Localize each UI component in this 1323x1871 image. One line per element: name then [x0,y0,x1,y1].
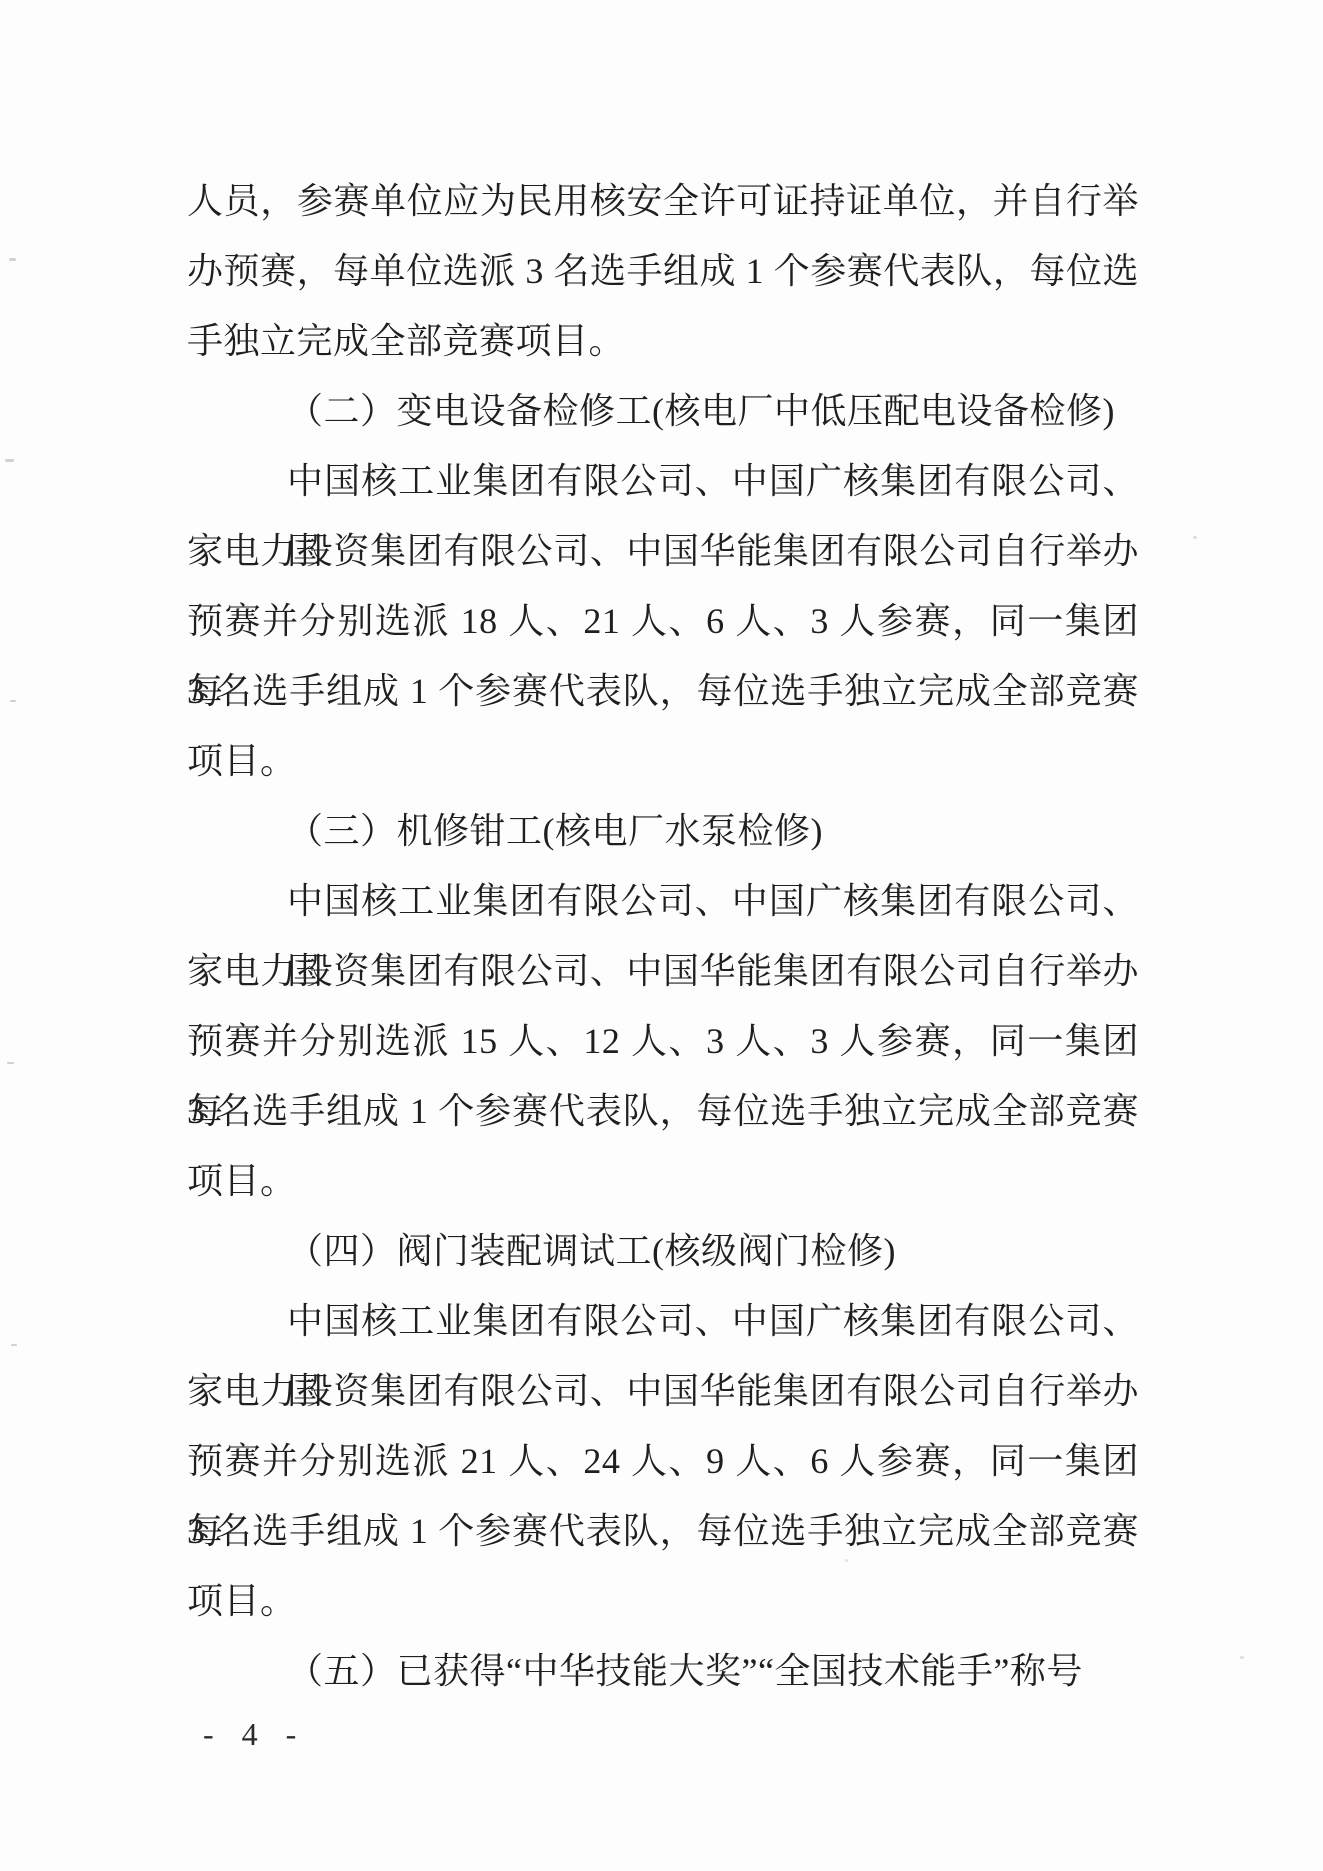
scan-artifact [10,700,16,702]
doc-line: 人员，参赛单位应为民用核安全许可证持证单位，并自行举 [187,166,1139,236]
doc-line: 手独立完成全部竞赛项目。 [187,306,1139,376]
page-number: - 4 - [203,1716,303,1753]
scan-artifact [845,1559,848,1562]
doc-line: 3 名选手组成 1 个参赛代表队，每位选手独立完成全部竞赛 [187,1076,1139,1146]
doc-line: 项目。 [187,726,1139,796]
scan-artifact [11,1344,17,1346]
section-heading-5: （五）已获得“中华技能大奖”“全国技术能手”称号 [187,1636,1139,1706]
doc-line: 3 名选手组成 1 个参赛代表队，每位选手独立完成全部竞赛 [187,656,1139,726]
doc-line: 项目。 [187,1566,1139,1636]
document-page: 人员，参赛单位应为民用核安全许可证持证单位，并自行举 办预赛，每单位选派 3 名… [0,0,1323,1871]
doc-line: 中国核工业集团有限公司、中国广核集团有限公司、国 [187,446,1139,516]
scan-artifact [1193,536,1197,539]
doc-line: 预赛并分别选派 18 人、21 人、6 人、3 人参赛，同一集团每 [187,586,1139,656]
doc-line: 家电力投资集团有限公司、中国华能集团有限公司自行举办 [187,516,1139,586]
doc-line: 预赛并分别选派 15 人、12 人、3 人、3 人参赛，同一集团每 [187,1006,1139,1076]
scan-artifact [7,1062,14,1064]
section-heading-2: （二）变电设备检修工(核电厂中低压配电设备检修) [187,376,1139,446]
scan-artifact [9,258,16,261]
scan-artifact [5,459,14,462]
section-heading-3: （三）机修钳工(核电厂水泵检修) [187,796,1139,866]
doc-line: 家电力投资集团有限公司、中国华能集团有限公司自行举办 [187,936,1139,1006]
doc-line: 中国核工业集团有限公司、中国广核集团有限公司、国 [187,866,1139,936]
scan-artifact [1240,1656,1244,1659]
section-heading-4: （四）阀门装配调试工(核级阀门检修) [187,1216,1139,1286]
doc-line: 预赛并分别选派 21 人、24 人、9 人、6 人参赛，同一集团每 [187,1426,1139,1496]
doc-line: 中国核工业集团有限公司、中国广核集团有限公司、国 [187,1286,1139,1356]
doc-line: 项目。 [187,1146,1139,1216]
doc-line: 办预赛，每单位选派 3 名选手组成 1 个参赛代表队，每位选 [187,236,1139,306]
doc-line: 3 名选手组成 1 个参赛代表队，每位选手独立完成全部竞赛 [187,1496,1139,1566]
doc-line: 家电力投资集团有限公司、中国华能集团有限公司自行举办 [187,1356,1139,1426]
document-text-block: 人员，参赛单位应为民用核安全许可证持证单位，并自行举 办预赛，每单位选派 3 名… [187,166,1139,1706]
